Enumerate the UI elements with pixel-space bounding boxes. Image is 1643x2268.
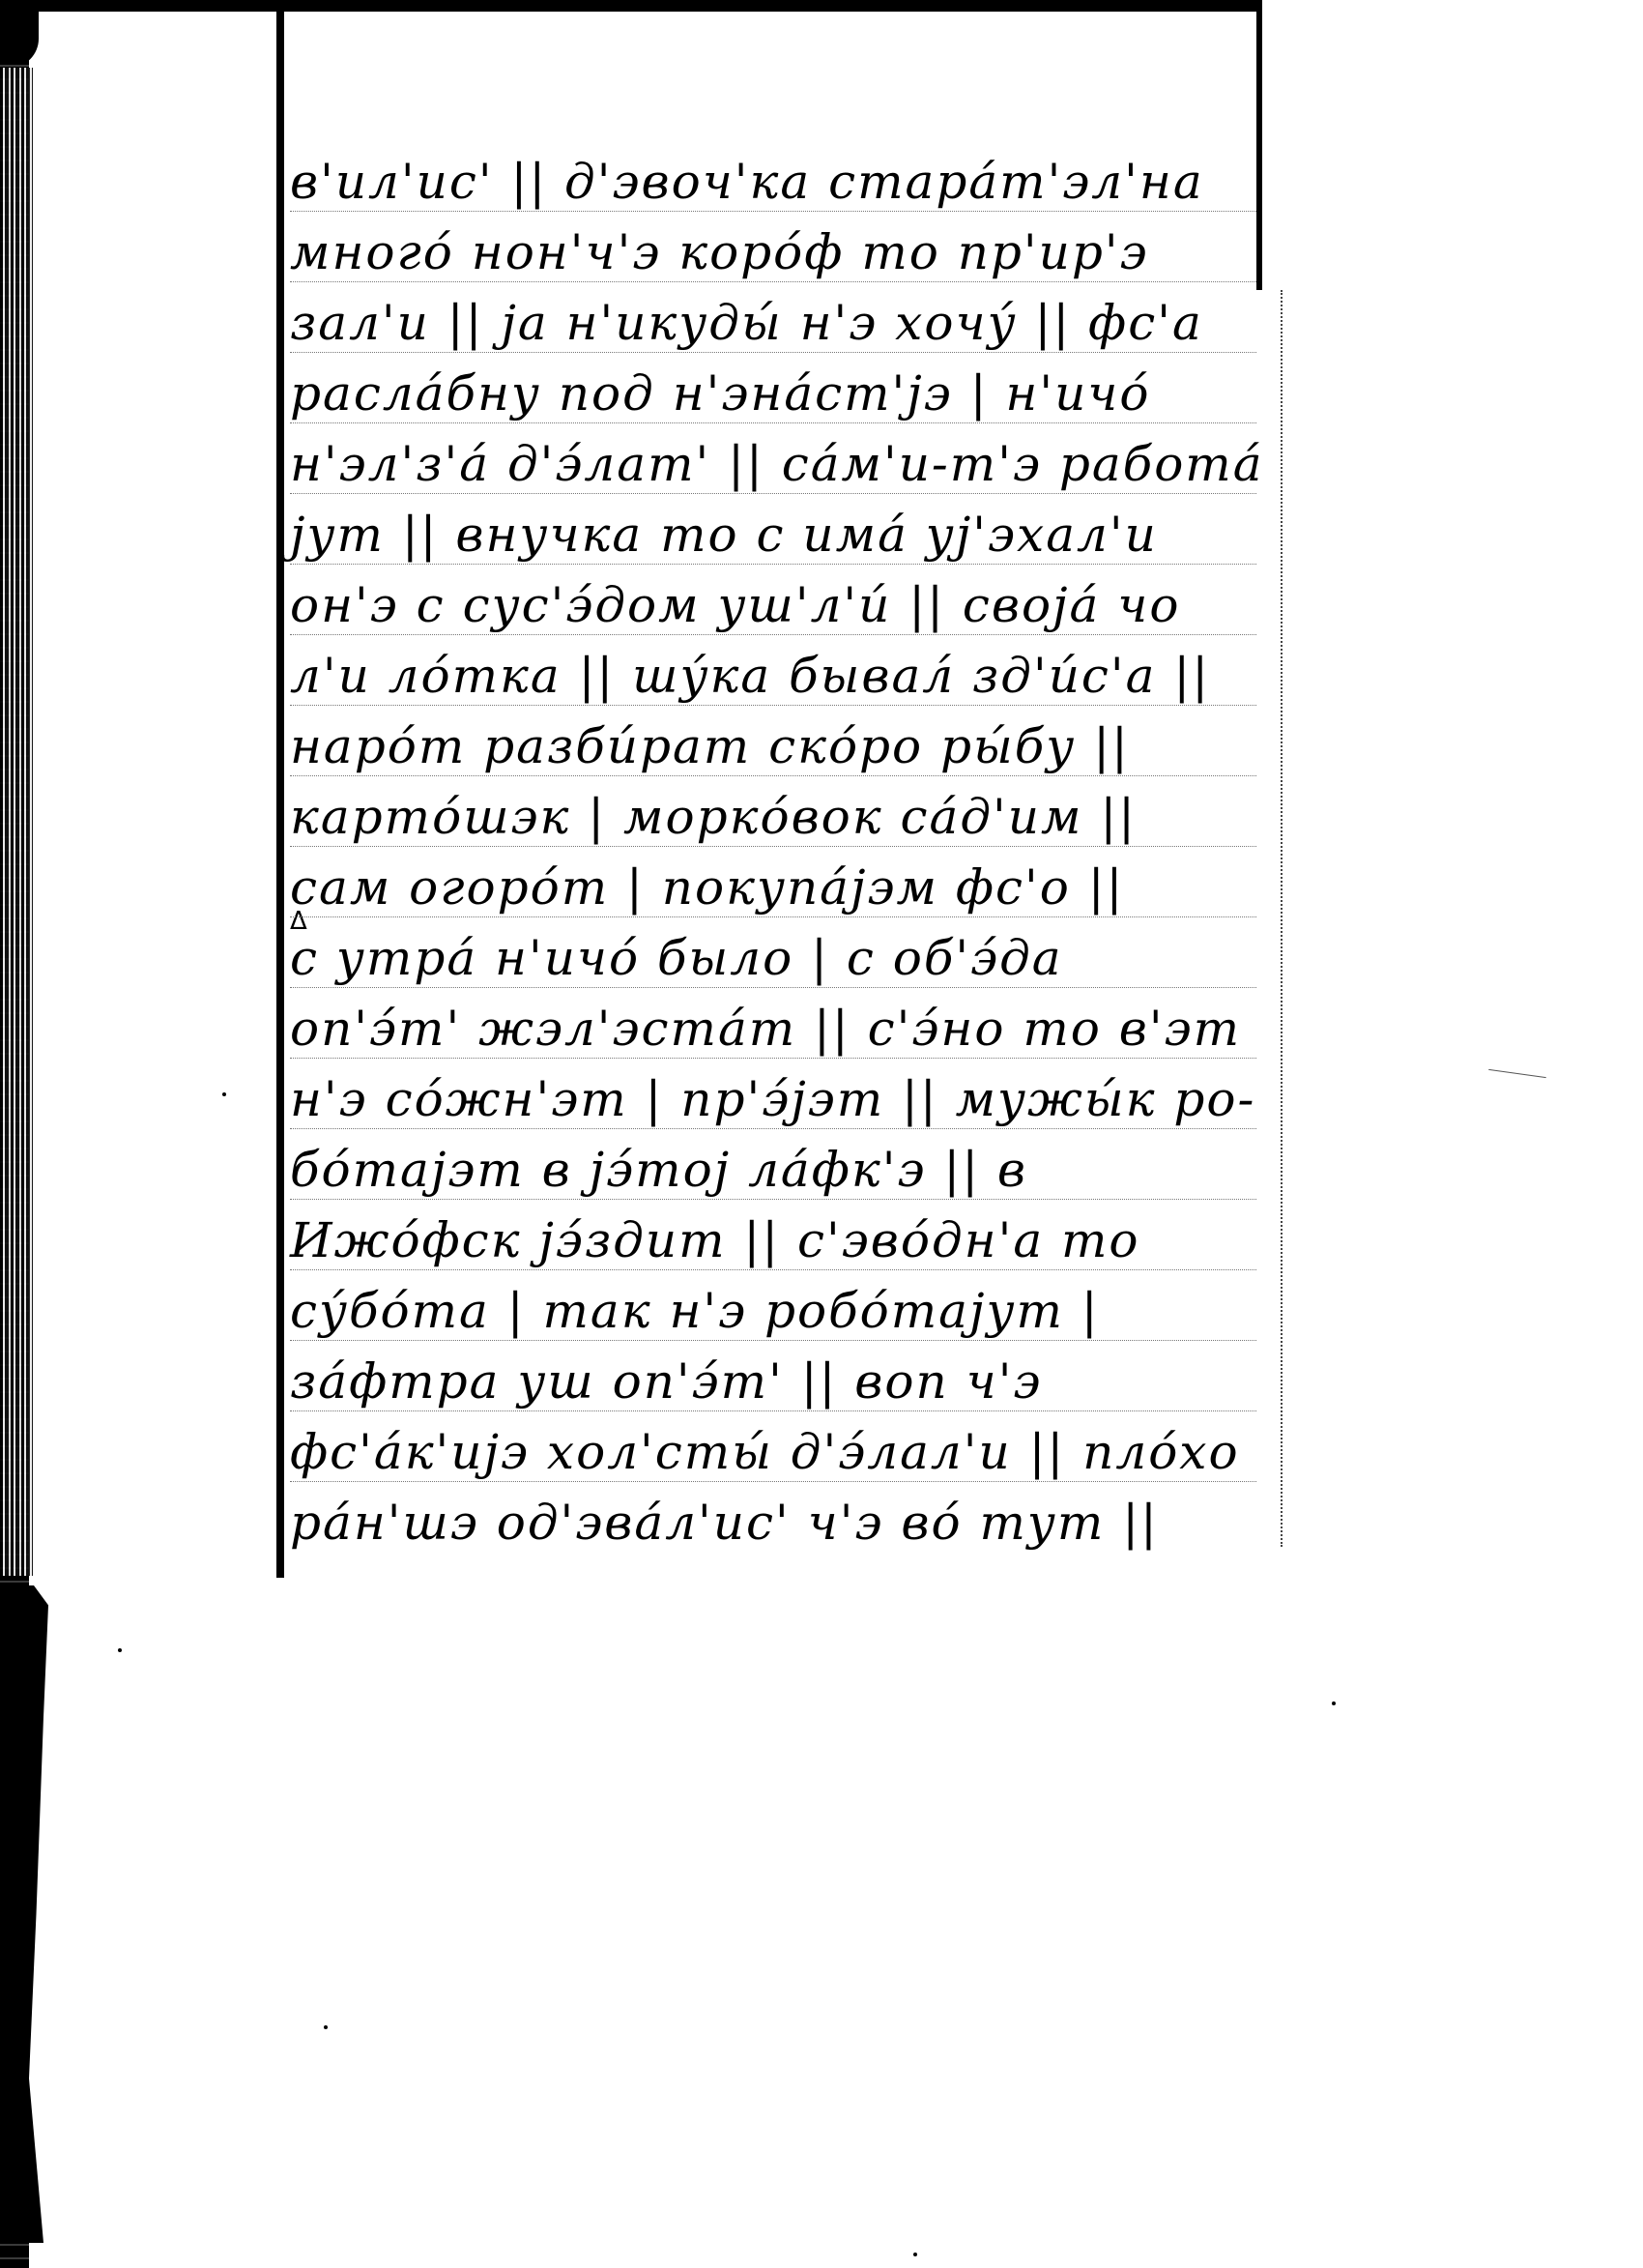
ruling-line bbox=[290, 916, 1256, 917]
text-line-14: н'э со́жн'эт | пр'э́јэт || мужы́к ро- bbox=[290, 1061, 1255, 1138]
ruling-line bbox=[290, 775, 1256, 776]
scan-speck bbox=[1332, 1701, 1336, 1705]
ruling-line bbox=[290, 281, 1256, 282]
ruling-line bbox=[290, 1058, 1256, 1059]
right-margin-rule bbox=[1256, 0, 1262, 290]
ruling-line bbox=[290, 1410, 1256, 1411]
text-line-4: расла́бну под н'эна́ст'јэ | н'ичо́ bbox=[290, 355, 1151, 432]
text-line-1: в'ил'ис' || д'эвоч'ка стара́т'эл'на bbox=[290, 143, 1204, 220]
stray-pen-mark bbox=[1488, 1069, 1546, 1078]
ruling-line bbox=[290, 1481, 1256, 1482]
binding-edge-texture bbox=[0, 68, 33, 1576]
left-margin-rule bbox=[276, 12, 284, 1578]
ruling-line bbox=[290, 1199, 1256, 1200]
text-line-9: наро́т разби́рат ско́ро ры́бу || bbox=[290, 708, 1130, 785]
ruling-line bbox=[290, 634, 1256, 635]
scan-top-edge bbox=[0, 0, 1256, 12]
ruling-line bbox=[290, 846, 1256, 847]
binding-shadow bbox=[0, 1585, 48, 2243]
scan-speck bbox=[222, 1092, 226, 1096]
text-line-7: он'э с сус'э́дом уш'л'и́ || своја́ чо bbox=[290, 567, 1180, 644]
ruling-line bbox=[290, 987, 1256, 988]
text-line-5: н'эл'з'а́ д'э́лат' || са́м'и-т'э работа́ bbox=[290, 425, 1264, 503]
ruling-line bbox=[290, 705, 1256, 706]
ruling-line bbox=[290, 1128, 1256, 1129]
text-line-11: сам огоро́т | покупа́јэм фс'о || bbox=[290, 849, 1124, 926]
scan-speck bbox=[913, 2253, 917, 2256]
ruling-line bbox=[290, 422, 1256, 423]
text-line-19: фс'а́к'ијэ хол'сты́ д'э́лал'и || пло́хо bbox=[290, 1413, 1240, 1491]
text-line-18: за́фтра уш оп'э́т' || воп ч'э bbox=[290, 1343, 1042, 1420]
scan-speck bbox=[324, 2025, 328, 2029]
text-line-2: много́ нон'ч'э коро́ф то пр'ир'э bbox=[290, 214, 1149, 291]
text-line-15: бо́тајэт в јэ́тој ла́фк'э || в bbox=[290, 1131, 1027, 1208]
scan-speck bbox=[118, 1648, 122, 1652]
text-line-8: л'и ло́тка || шу́ка бывал́ зд'и́с'а || bbox=[290, 637, 1210, 714]
text-line-16: Ижо́фск јэ́здит || с'эво́дн'а то bbox=[290, 1202, 1140, 1279]
ruling-line bbox=[290, 1340, 1256, 1341]
text-line-20: ра́н'шэ од'эва́л'ис' ч'э во́ тут || bbox=[290, 1484, 1159, 1561]
text-line-10: карто́шэк | морко́вок са́д'им || bbox=[290, 778, 1137, 856]
text-line-12: с утра́ н'ичо́ было | с об'э́да bbox=[290, 919, 1063, 997]
manuscript-page: Δ в'ил'ис' || д'эвоч'ка стара́т'эл'на мн… bbox=[0, 0, 1643, 2268]
text-line-13: оп'э́т' жэл'эста́т || с'э́но то в'эт bbox=[290, 990, 1241, 1067]
text-line-6: јут || внучка то с има́ уј'эхал'и bbox=[290, 496, 1158, 573]
ruling-line bbox=[290, 564, 1256, 565]
ruling-line bbox=[290, 1269, 1256, 1270]
text-line-17: су́бо́та | так н'э робо́тајут | bbox=[290, 1272, 1100, 1350]
right-margin-faint-rule bbox=[1281, 290, 1284, 1547]
ruling-line bbox=[290, 211, 1256, 212]
ruling-line bbox=[290, 352, 1256, 353]
ruling-line bbox=[290, 493, 1256, 494]
text-line-3: зал'и || ја н'икуды́ н'э хочу́ || фс'а bbox=[290, 284, 1203, 362]
